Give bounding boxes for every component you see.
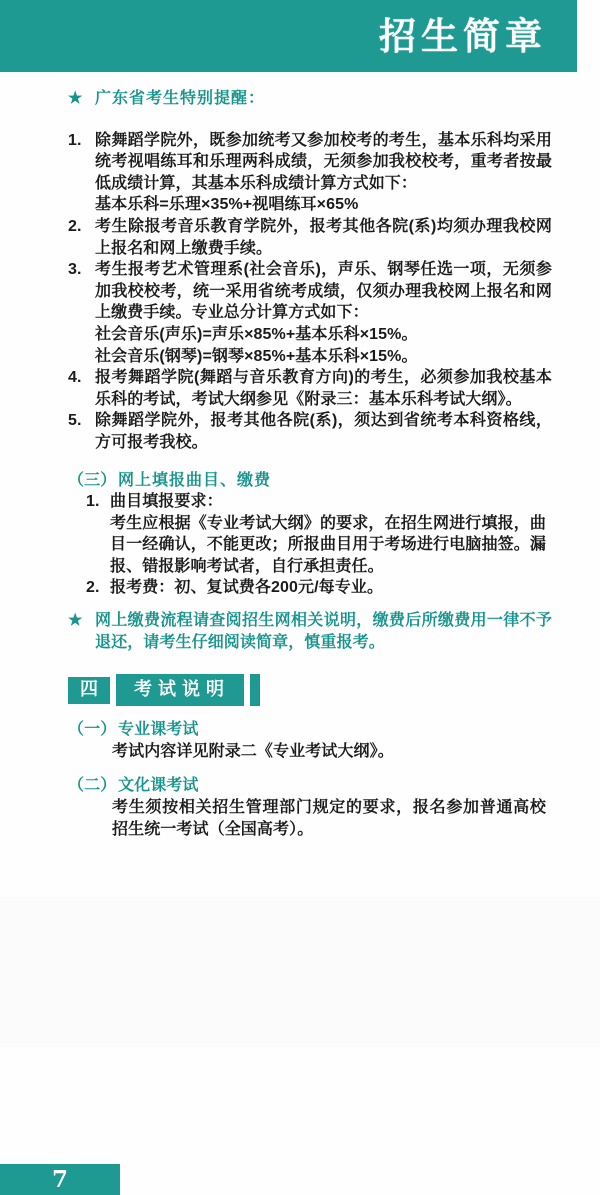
subsection-heading: （一） 专业课考试 (68, 719, 552, 741)
list-item: 1. 除舞蹈学院外，既参加统考又参加校考的考生，基本乐科均采用统考视唱练耳和乐理… (68, 130, 552, 216)
section-accent-bar (250, 674, 260, 706)
notice-title: 广东省考生特别提醒： (95, 88, 265, 110)
item-text: 报考舞蹈学院(舞蹈与音乐教育方向)的考生，必须参加我校基本乐科的考试，考试大纲参… (95, 367, 552, 410)
item-body: 考生报考艺术管理系(社会音乐)，声乐、钢琴任选一项，无须参加我校校考，统一采用省… (95, 259, 552, 367)
sub-item-title: 曲目填报要求： (110, 491, 223, 513)
formula-line: 基本乐科=乐理×35%+视唱练耳×65% (95, 194, 552, 216)
subsection-text: 考生须按相关招生管理部门规定的要求，报名参加普通高校招生统一考试（全国高考）。 (112, 797, 546, 840)
page-content: ★ 广东省考生特别提醒： 1. 除舞蹈学院外，既参加统考又参加校考的考生，基本乐… (68, 72, 552, 840)
list-item: 5. 除舞蹈学院外，报考其他各院(系)，须达到省统考本科资格线，方可报考我校。 (68, 410, 552, 453)
formula-line: 社会音乐(声乐)=声乐×85%+基本乐科×15%。 (95, 324, 552, 346)
subsection-title: 文化课考试 (118, 775, 199, 797)
payment-note-text: 网上缴费流程请查阅招生网相关说明，缴费后所缴费用一律不予退还，请考生仔细阅读简章… (95, 610, 552, 653)
sub-item-text: 考生应根据《专业考试大纲》的要求，在招生网进行填报，曲目一经确认，不能更改；所报… (110, 513, 546, 578)
page-title: 招生简章 (379, 18, 547, 55)
item-number: 2. (68, 216, 95, 259)
sub-item-text: 报考费：初、复试费各200元/每专业。 (110, 577, 383, 599)
item-number: 3. (68, 259, 95, 367)
list-item: 2. 考生除报考音乐教育学院外，报考其他各院(系)均须办理我校网上报名和网上缴费… (68, 216, 552, 259)
sub-item: 2. 报考费：初、复试费各200元/每专业。 (86, 577, 552, 599)
item-number: 5. (68, 410, 95, 453)
sub-list: 2. 报考费：初、复试费各200元/每专业。 (86, 577, 552, 599)
section-label: （三） (68, 470, 118, 492)
star-icon: ★ (68, 88, 95, 110)
subsection-title: 专业课考试 (118, 719, 199, 741)
item-number: 4. (68, 367, 95, 410)
scan-shading-band (0, 897, 600, 1047)
notice-list: 1. 除舞蹈学院外，既参加统考又参加校考的考生，基本乐科均采用统考视唱练耳和乐理… (68, 130, 552, 454)
document-page: 招生简章 ★ 广东省考生特别提醒： 1. 除舞蹈学院外，既参加统考又参加校考的考… (0, 0, 600, 1195)
page-number: 7 (52, 1168, 68, 1191)
item-text: 除舞蹈学院外，既参加统考又参加校考的考生，基本乐科均采用统考视唱练耳和乐理两科成… (95, 132, 552, 192)
item-body: 除舞蹈学院外，既参加统考又参加校考的考生，基本乐科均采用统考视唱练耳和乐理两科成… (95, 130, 552, 216)
subsection-label: （一） (68, 719, 118, 741)
section-title: 网上填报曲目、缴费 (118, 470, 271, 492)
section-heading: （三） 网上填报曲目、缴费 (68, 470, 552, 492)
subsection-label: （二） (68, 775, 118, 797)
list-item: 4. 报考舞蹈学院(舞蹈与音乐教育方向)的考生，必须参加我校基本乐科的考试，考试… (68, 367, 552, 410)
item-number: 1. (68, 130, 95, 216)
formula-line: 社会音乐(钢琴)=钢琴×85%+基本乐科×15%。 (95, 346, 552, 368)
payment-note: ★ 网上缴费流程请查阅招生网相关说明，缴费后所缴费用一律不予退还，请考生仔细阅读… (68, 610, 552, 653)
list-item: 3. 考生报考艺术管理系(社会音乐)，声乐、钢琴任选一项，无须参加我校校考，统一… (68, 259, 552, 367)
subsection-text: 考试内容详见附录二《专业考试大纲》。 (112, 741, 546, 763)
header-banner: 招生简章 (0, 0, 577, 72)
section-online-fill: （三） 网上填报曲目、缴费 1. 曲目填报要求： 考生应根据《专业考试大纲》的要… (68, 470, 552, 600)
sub-item-number: 1. (86, 491, 110, 513)
sub-item-number: 2. (86, 577, 110, 599)
star-icon: ★ (68, 610, 95, 653)
sub-list: 1. 曲目填报要求： (86, 491, 552, 513)
subsection-major-exam: （一） 专业课考试 考试内容详见附录二《专业考试大纲》。 (68, 719, 552, 762)
subsection-culture-exam: （二） 文化课考试 考生须按相关招生管理部门规定的要求，报名参加普通高校招生统一… (68, 775, 552, 840)
sub-item-heading: 1. 曲目填报要求： (86, 491, 552, 513)
exam-section-header: 四 考试说明 (68, 674, 552, 706)
item-text: 考生除报考音乐教育学院外，报考其他各院(系)均须办理我校网上报名和网上缴费手续。 (95, 216, 552, 259)
item-text: 考生报考艺术管理系(社会音乐)，声乐、钢琴任选一项，无须参加我校校考，统一采用省… (95, 261, 552, 321)
subsection-heading: （二） 文化课考试 (68, 775, 552, 797)
guangdong-notice-heading: ★ 广东省考生特别提醒： (68, 88, 552, 110)
section-number-box: 四 (68, 677, 110, 704)
footer-page-block: 7 (0, 1164, 120, 1195)
item-text: 除舞蹈学院外，报考其他各院(系)，须达到省统考本科资格线，方可报考我校。 (95, 410, 552, 453)
section-title-box: 考试说明 (116, 674, 244, 706)
